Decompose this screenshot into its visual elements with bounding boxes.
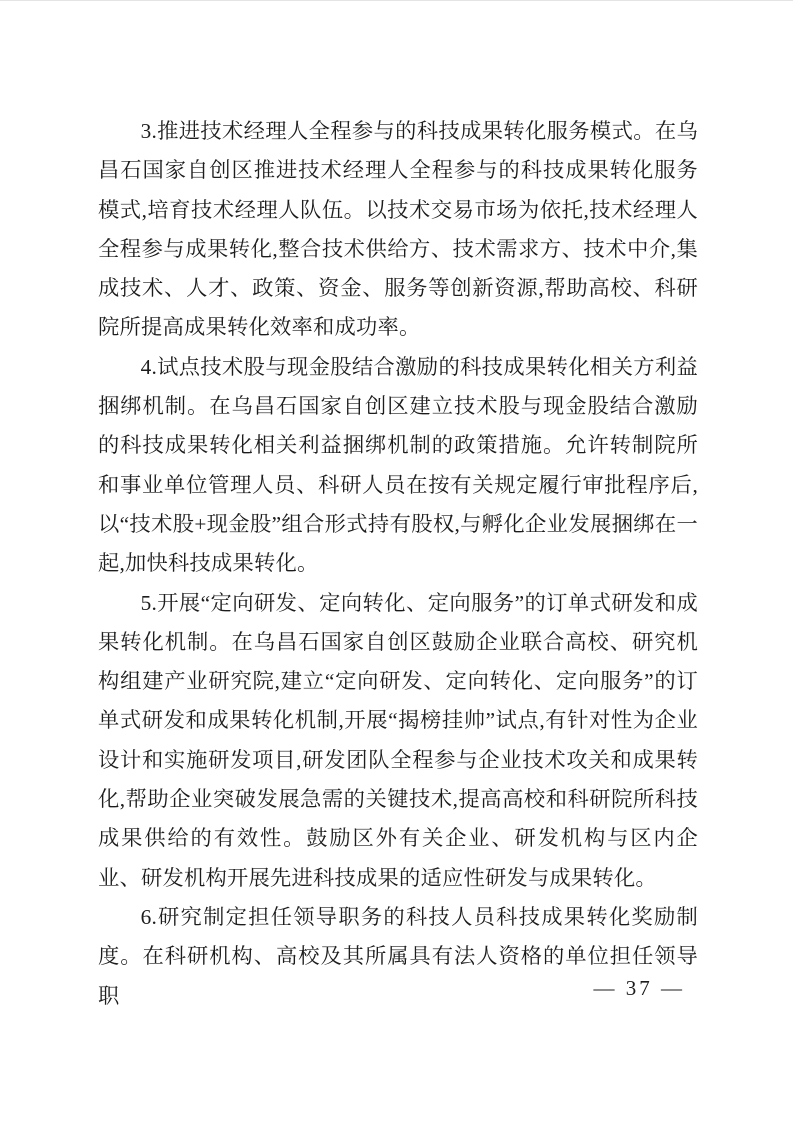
paragraph-item-4: 4.试点技术股与现金股结合激励的科技成果转化相关方利益捆绑机制。在乌昌石国家自创… [98,348,698,584]
paragraph-item-5: 5.开展“定向研发、定向转化、定向服务”的订单式研发和成果转化机制。在乌昌石国家… [98,584,698,898]
body-text: 3.推进技术经理人全程参与的科技成果转化服务模式。在乌昌石国家自创区推进技术经理… [98,112,698,1016]
page-number: — 37 — [594,976,686,1000]
paragraph-item-3: 3.推进技术经理人全程参与的科技成果转化服务模式。在乌昌石国家自创区推进技术经理… [98,112,698,348]
document-page: 3.推进技术经理人全程参与的科技成果转化服务模式。在乌昌石国家自创区推进技术经理… [0,0,793,1122]
